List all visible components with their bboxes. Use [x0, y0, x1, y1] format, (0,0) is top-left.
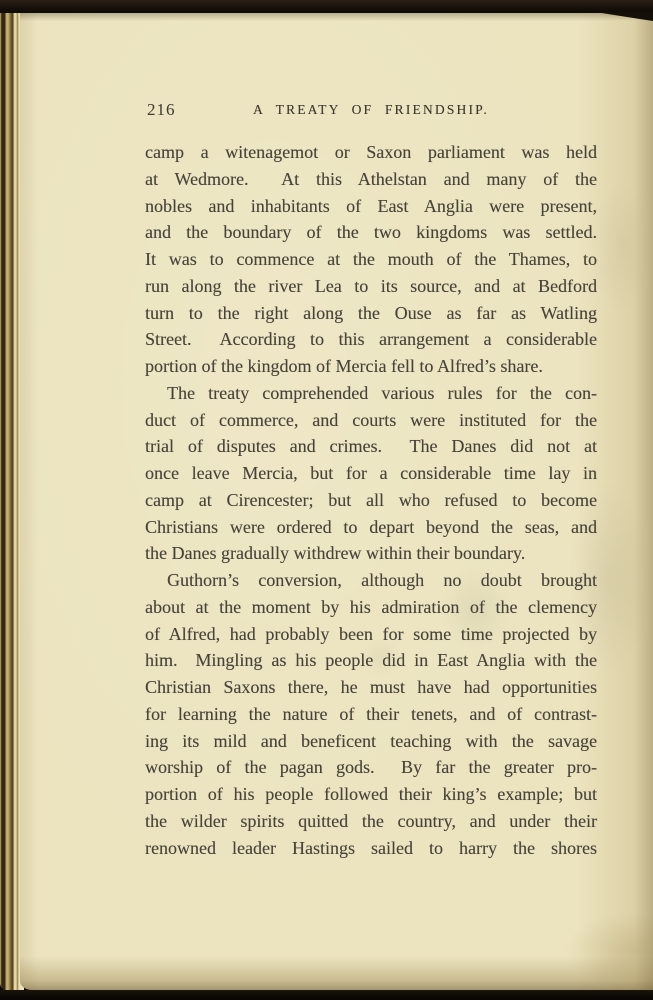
text-line: for learning the nature of their tenets,…: [145, 701, 597, 728]
text-line: trial of disputes and crimes. The Danes …: [145, 433, 597, 460]
text-line: and the boundary of the two kingdoms was…: [145, 219, 597, 246]
text-line: worship of the pagan gods. By far the gr…: [145, 754, 597, 781]
text-line: him. Mingling as his people did in East …: [145, 647, 597, 674]
page-number: 216: [147, 98, 176, 122]
text-line: duct of commerce, and courts were instit…: [145, 407, 597, 434]
text-line: nobles and inhabitants of East Anglia we…: [145, 193, 597, 220]
text-line: about at the moment by his admiration of…: [145, 594, 597, 621]
book-page: 216 A TREATY OF FRIENDSHIP. camp a witen…: [20, 12, 653, 990]
scanned-book-photo: 216 A TREATY OF FRIENDSHIP. camp a witen…: [0, 0, 653, 1000]
text-line: portion of his people followed their kin…: [145, 781, 597, 808]
text-line: the wilder spirits quitted the country, …: [145, 808, 597, 835]
text-line: at Wedmore. At this Athelstan and many o…: [145, 166, 597, 193]
text-line: camp at Cirencester; but all who refused…: [145, 487, 597, 514]
text-line: Christians were ordered to depart beyond…: [145, 514, 597, 541]
text-line: Christian Saxons there, he must have had…: [145, 674, 597, 701]
text-line: Street. According to this arrangement a …: [145, 326, 597, 353]
photo-bottom-edge: [0, 990, 653, 1000]
text-line: run along the river Lea to its source, a…: [145, 273, 597, 300]
text-line: ing its mild and beneficent teaching wit…: [145, 728, 597, 755]
text-line: renowned leader Hastings sailed to harry…: [145, 835, 597, 862]
running-header: A TREATY OF FRIENDSHIP.: [145, 98, 597, 122]
text-line: The treaty comprehended various rules fo…: [145, 380, 597, 407]
photo-top-edge: [0, 0, 653, 13]
text-line: turn to the right along the Ouse as far …: [145, 300, 597, 327]
page-header: 216 A TREATY OF FRIENDSHIP.: [145, 98, 597, 122]
text-line: of Alfred, had probably been for some ti…: [145, 621, 597, 648]
text-line: camp a witenagemot or Saxon parliament w…: [145, 139, 597, 166]
text-line: once leave Mercia, but for a considerabl…: [145, 460, 597, 487]
text-line: the Danes gradually withdrew within thei…: [145, 540, 597, 567]
text-line: portion of the kingdom of Mercia fell to…: [145, 353, 597, 380]
body-text: camp a witenagemot or Saxon parliament w…: [145, 139, 597, 861]
text-line: It was to commence at the mouth of the T…: [145, 246, 597, 273]
text-line: Guthorn’s conversion, although no doubt …: [145, 567, 597, 594]
